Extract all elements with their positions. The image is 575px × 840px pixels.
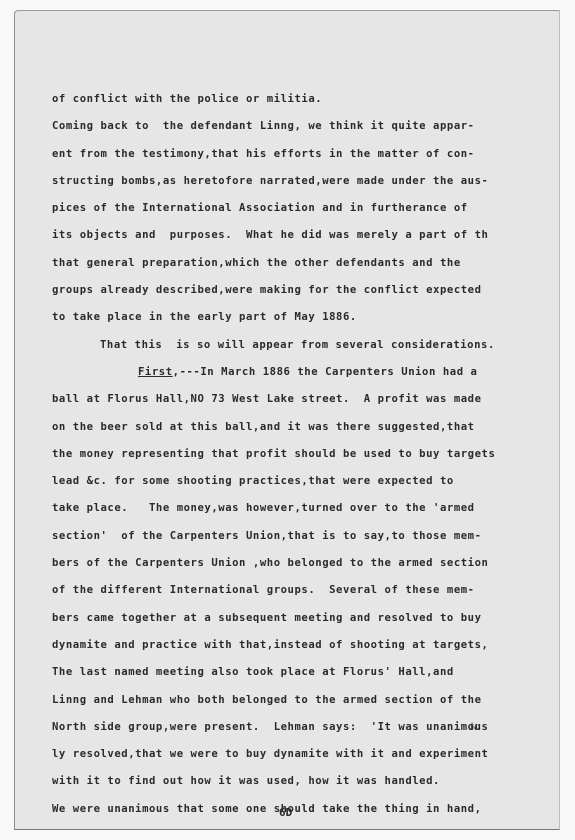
scanned-page: of conflict with the police or militia. … [0,0,575,840]
text-line: bers came together at a subsequent meeti… [52,605,552,632]
text-line: of conflict with the police or militia. [52,86,552,113]
text-line: to take place in the early part of May 1… [52,304,552,331]
text-line: The last named meeting also took place a… [52,659,552,686]
text-line: dynamite and practice with that,instead … [52,632,552,659]
text-line: Linng and Lehman who both belonged to th… [52,687,552,714]
first-separator: , [173,366,180,378]
text-line: that general preparation,which the other… [52,250,552,277]
text-line: We were unanimous that some one should t… [52,796,552,823]
text-line: ball at Florus Hall,NO 73 West Lake stre… [52,386,552,413]
text-line: lead &c. for some shooting practices,tha… [52,468,552,495]
page-number: 6D [279,806,292,819]
text-line: ent from the testimony,that his efforts … [52,141,552,168]
text-line: take place. The money,was however,turned… [52,495,552,522]
text-line: groups already described,were making for… [52,277,552,304]
text-line: section' of the Carpenters Union,that is… [52,523,552,550]
text-line: ly resolved,that we were to buy dynamite… [52,741,552,768]
text-line: structing bombs,as heretofore narrated,w… [52,168,552,195]
text-line: pices of the International Association a… [52,195,552,222]
text-line: the money representing that profit shoul… [52,441,552,468]
typewritten-text: of conflict with the police or militia. … [52,86,552,823]
text-line: That this is so will appear from several… [52,332,552,359]
text-line: of the different International groups. S… [52,577,552,604]
first-consideration-line: First,---In March 1886 the Carpenters Un… [52,359,552,386]
text-line: its objects and purposes. What he did wa… [52,222,552,249]
first-label: First [138,366,173,378]
text-line: on the beer sold at this ball,and it was… [52,414,552,441]
text-line: with it to find out how it was used, how… [52,768,552,795]
handwritten-insertion: to [470,722,480,733]
text-line: Coming back to the defendant Linng, we t… [52,113,552,140]
text-line: bers of the Carpenters Union ,who belong… [52,550,552,577]
first-line-text: ---In March 1886 the Carpenters Union ha… [180,366,478,378]
